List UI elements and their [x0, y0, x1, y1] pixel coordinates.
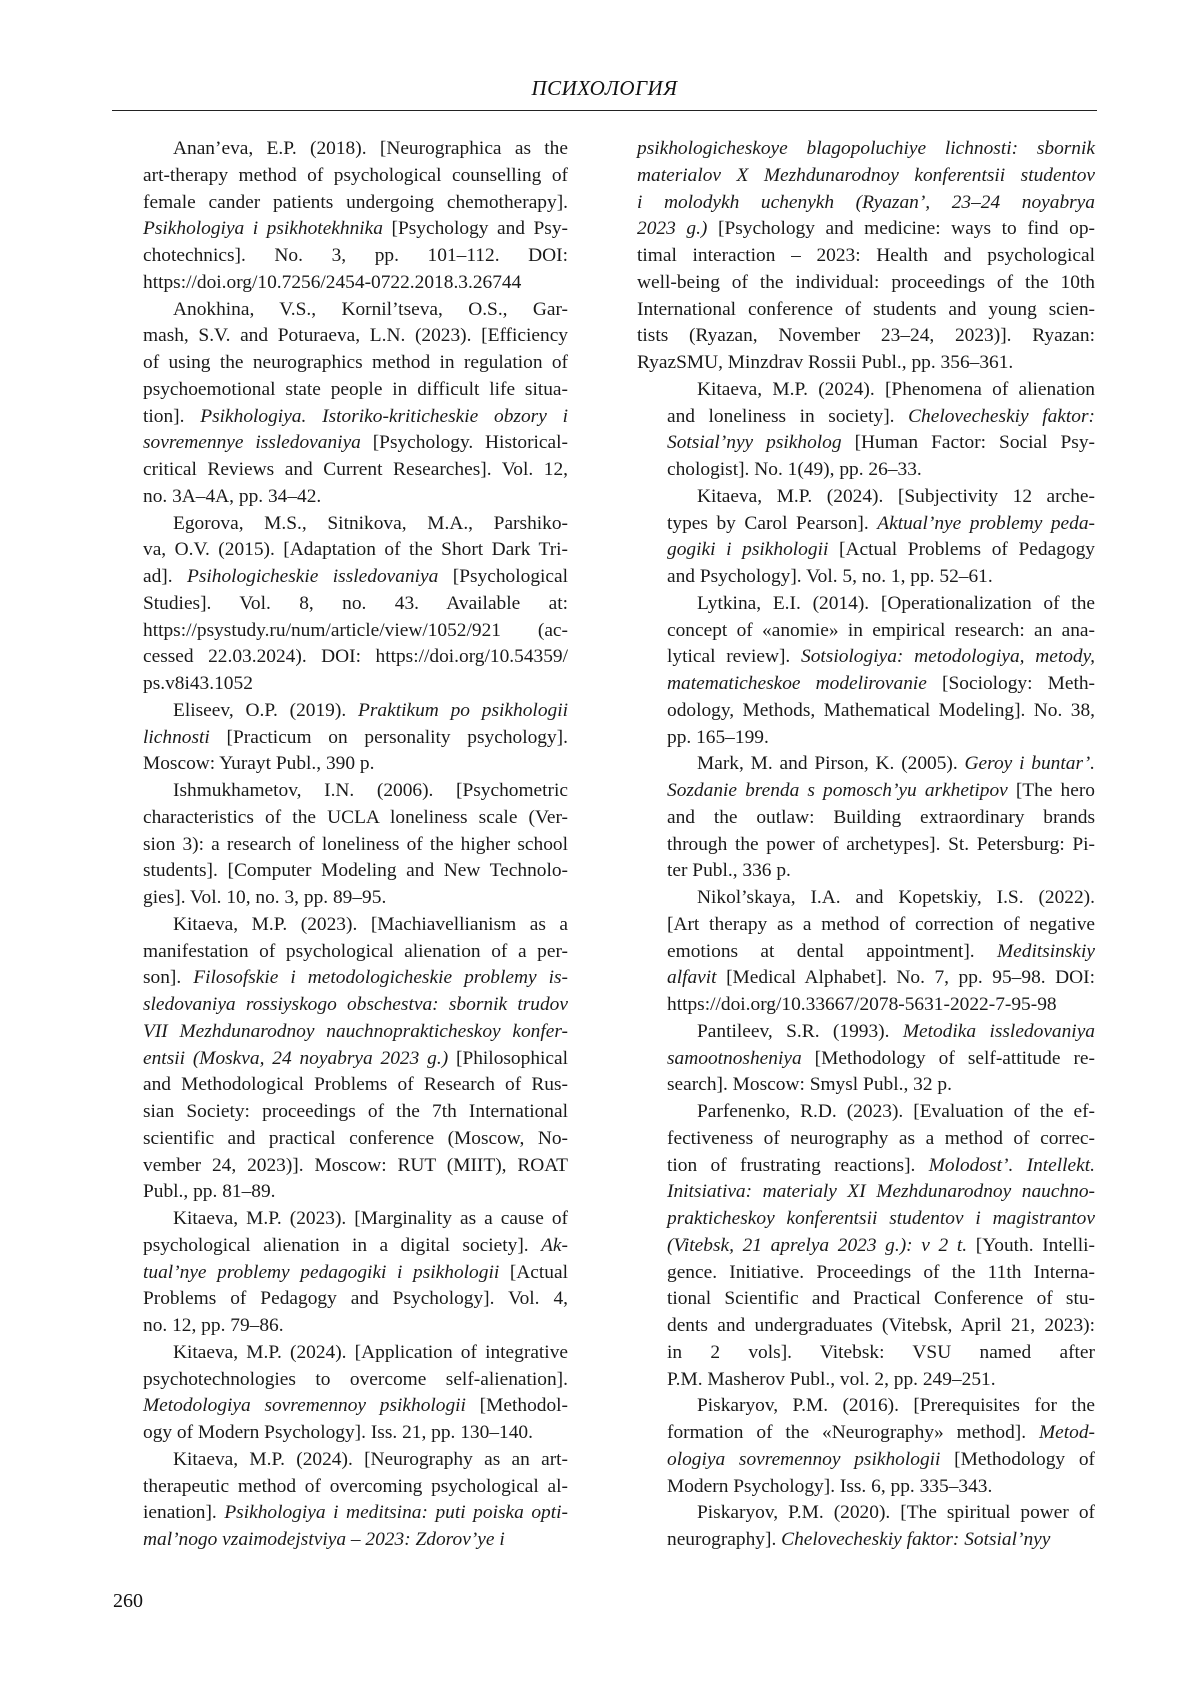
reference-text: well-being of the individual: proceeding…: [637, 272, 1095, 293]
reference-text: [Psychology. Historical-: [361, 432, 568, 453]
reference-line: Kitaeva, M.P. (2024). [Phenomena of alie…: [637, 377, 1095, 404]
reference-text: https://psystudy.ru/num/article/view/105…: [143, 620, 568, 641]
reference-line: 2023 g.) [Psychology and medicine: ways …: [637, 216, 1095, 243]
reference-text: [Youth. Intelli-: [967, 1235, 1095, 1256]
reference-line: Kitaeva, M.P. (2024). [Subjectivity 12 a…: [637, 484, 1095, 511]
reference-text: Kitaeva, M.P. (2024). [Application of in…: [173, 1342, 568, 1363]
reference-line: Modern Psychology]. Iss. 6, pp. 335–343.: [637, 1474, 1095, 1501]
reference-text: mash, S.V. and Poturaeva, L.N. (2023). […: [143, 325, 568, 346]
reference-entry: Eliseev, O.P. (2019). Praktikum po psikh…: [113, 698, 568, 778]
reference-text: odology, Methods, Mathematical Modeling]…: [667, 700, 1095, 721]
references-right-column: psikhologicheskoye blagopoluchiye lichno…: [637, 136, 1095, 1554]
reference-text: students]. [Computer Modeling and New Te…: [143, 860, 568, 881]
references-left-column: Anan’eva, E.P. (2018). [Neurographica as…: [113, 136, 568, 1554]
reference-line: therapeutic method of overcoming psychol…: [113, 1474, 568, 1501]
reference-text: scientific and practical conference (Mos…: [143, 1128, 568, 1149]
italic-title: Sotsial’nyy psikholog: [667, 432, 842, 453]
reference-text: gies]. Vol. 10, no. 3, pp. 89–95.: [143, 887, 386, 908]
reference-text: pp. 165–199.: [667, 727, 769, 748]
reference-line: critical Reviews and Current Researches]…: [113, 457, 568, 484]
reference-line: Kitaeva, M.P. (2024). [Neurography as an…: [113, 1447, 568, 1474]
reference-text: emotions at dental appointment].: [667, 941, 997, 962]
reference-line: dents and undergraduates (Vitebsk, April…: [637, 1313, 1095, 1340]
reference-line: Mark, M. and Pirson, K. (2005). Geroy i …: [637, 751, 1095, 778]
italic-title: mal’nogo vzaimodejstviya – 2023: Zdorov’…: [143, 1529, 505, 1550]
reference-line: materialov X Mezhdunarodnoy konferentsii…: [637, 163, 1095, 190]
reference-text: tion].: [143, 406, 200, 427]
reference-line: psikhologicheskoye blagopoluchiye lichno…: [637, 136, 1095, 163]
reference-line: sion 3): a research of loneliness of the…: [113, 832, 568, 859]
reference-text: ter Publ., 336 p.: [667, 860, 791, 881]
italic-title: Psikhologiya. Istoriko-kriticheskie obzo…: [200, 406, 568, 427]
reference-text: neurography].: [667, 1529, 781, 1550]
italic-title: entsii (Moskva, 24 noyabrya 2023 g.): [143, 1048, 448, 1069]
reference-text: chologist]. No. 1(49), pp. 26–33.: [667, 459, 922, 480]
reference-text: of using the neurographics method in reg…: [143, 352, 568, 373]
reference-text: sian Society: proceedings of the 7th Int…: [143, 1101, 568, 1122]
reference-line: Moscow: Yurayt Publ., 390 p.: [113, 751, 568, 778]
reference-line: matematicheskoe modelirovanie [Sociology…: [637, 671, 1095, 698]
reference-line: art-therapy method of psychological coun…: [113, 163, 568, 190]
italic-title: Filosofskie i metodologicheskie problemy…: [193, 967, 568, 988]
reference-text: P.M. Masherov Publ., vol. 2, pp. 249–251…: [667, 1369, 996, 1390]
reference-text: Piskaryov, P.M. (2016). [Prerequisites f…: [697, 1395, 1095, 1416]
header-rule: [112, 110, 1097, 111]
reference-line: in 2 vols]. Vitebsk: VSU named after: [637, 1340, 1095, 1367]
reference-text: formation of the «Neurography» method].: [667, 1422, 1039, 1443]
reference-text: and Psychology]. Vol. 5, no. 1, pp. 52–6…: [667, 566, 993, 587]
reference-line: mal’nogo vzaimodejstviya – 2023: Zdorov’…: [113, 1527, 568, 1554]
reference-line: chotechnics]. No. 3, pp. 101–112. DOI:: [113, 243, 568, 270]
reference-line: and loneliness in society]. Chelovechesk…: [637, 404, 1095, 431]
reference-text: [Art therapy as a method of correction o…: [667, 914, 1095, 935]
reference-line: Initsiativa: materialy XI Mezhdunarodnoy…: [637, 1179, 1095, 1206]
reference-line: RyazSMU, Minzdrav Rossii Publ., pp. 356–…: [637, 350, 1095, 377]
reference-text: [Practicum on personality psychology].: [210, 727, 568, 748]
italic-title: Ak-: [541, 1235, 568, 1256]
reference-line: emotions at dental appointment]. Meditsi…: [637, 939, 1095, 966]
reference-text: Problems of Pedagogy and Psychology]. Vo…: [143, 1288, 568, 1309]
reference-text: Kitaeva, M.P. (2024). [Phenomena of alie…: [697, 379, 1095, 400]
italic-title: (Vitebsk, 21 aprelya 2023 g.): v 2 t.: [667, 1235, 967, 1256]
italic-title: Molodost’. Intellekt.: [929, 1155, 1095, 1176]
italic-title: Meditsinskiy: [997, 941, 1095, 962]
reference-line: of using the neurographics method in reg…: [113, 350, 568, 377]
reference-line: i molodykh uchenykh (Ryazan’, 23–24 noya…: [637, 190, 1095, 217]
reference-text: International conference of students and…: [637, 299, 1095, 320]
reference-text: tional Scientific and Practical Conferen…: [667, 1288, 1095, 1309]
reference-line: tists (Ryazan, November 23–24, 2023)]. R…: [637, 323, 1095, 350]
reference-text: [The hero: [1008, 780, 1095, 801]
reference-line: gies]. Vol. 10, no. 3, pp. 89–95.: [113, 885, 568, 912]
reference-text: and Methodological Problems of Research …: [143, 1074, 568, 1095]
reference-text: Egorova, M.S., Sitnikova, M.A., Parshiko…: [173, 513, 568, 534]
reference-text: Studies]. Vol. 8, no. 43. Available at:: [143, 593, 568, 614]
reference-entry: Kitaeva, M.P. (2024). [Application of in…: [113, 1340, 568, 1447]
reference-entry: Nikol’skaya, I.A. and Kopetskiy, I.S. (2…: [637, 885, 1095, 1019]
reference-text: cessed 22.03.2024). DOI: https://doi.org…: [143, 646, 568, 667]
reference-line: Metodologiya sovremennoy psikhologii [Me…: [113, 1393, 568, 1420]
reference-line: ps.v8i43.1052: [113, 671, 568, 698]
reference-text: son].: [143, 967, 193, 988]
reference-text: Parfenenko, R.D. (2023). [Evaluation of …: [697, 1101, 1095, 1122]
reference-line: female cander patients undergoing chemot…: [113, 190, 568, 217]
reference-entry: Anan’eva, E.P. (2018). [Neurographica as…: [113, 136, 568, 297]
reference-line: Kitaeva, M.P. (2024). [Application of in…: [113, 1340, 568, 1367]
reference-line: Anan’eva, E.P. (2018). [Neurographica as…: [113, 136, 568, 163]
reference-line: search]. Moscow: Smysl Publ., 32 p.: [637, 1072, 1095, 1099]
reference-line: psychotechnologies to overcome self-alie…: [113, 1367, 568, 1394]
reference-entry: Kitaeva, M.P. (2024). [Subjectivity 12 a…: [637, 484, 1095, 591]
reference-line: Psikhologiya i psikhotekhnika [Psycholog…: [113, 216, 568, 243]
reference-line: Nikol’skaya, I.A. and Kopetskiy, I.S. (2…: [637, 885, 1095, 912]
reference-text: fectiveness of neurography as a method o…: [667, 1128, 1095, 1149]
reference-line: and Methodological Problems of Research …: [113, 1072, 568, 1099]
reference-line: Publ., pp. 81–89.: [113, 1179, 568, 1206]
reference-line: https://psystudy.ru/num/article/view/105…: [113, 618, 568, 645]
italic-title: Geroy i buntar’.: [965, 753, 1095, 774]
reference-text: Kitaeva, M.P. (2023). [Machiavellianism …: [173, 914, 568, 935]
reference-text: Lytkina, E.I. (2014). [Operationalizatio…: [697, 593, 1095, 614]
reference-line: cessed 22.03.2024). DOI: https://doi.org…: [113, 644, 568, 671]
reference-line: tional Scientific and Practical Conferen…: [637, 1286, 1095, 1313]
reference-line: Pantileev, S.R. (1993). Metodika issledo…: [637, 1019, 1095, 1046]
reference-text: [Methodology of: [940, 1449, 1095, 1470]
italic-title: sovremennye issledovaniya: [143, 432, 361, 453]
reference-line: manifestation of psychological alienatio…: [113, 939, 568, 966]
reference-text: [Medical Alphabet]. No. 7, pp. 95–98. DO…: [717, 967, 1095, 988]
page-number: 260: [113, 1590, 143, 1613]
reference-line: no. 3A–4A, pp. 34–42.: [113, 484, 568, 511]
reference-text: [Philosophical: [448, 1048, 568, 1069]
italic-title: Metodologiya sovremennoy psikhologii: [143, 1395, 466, 1416]
italic-title: Chelovecheskiy faktor: Sotsial’nyy: [781, 1529, 1050, 1550]
reference-text: Moscow: Yurayt Publ., 390 p.: [143, 753, 374, 774]
reference-line: [Art therapy as a method of correction o…: [637, 912, 1095, 939]
italic-title: matematicheskoe modelirovanie: [667, 673, 927, 694]
reference-text: [Psychological: [438, 566, 568, 587]
reference-text: RyazSMU, Minzdrav Rossii Publ., pp. 356–…: [637, 352, 1013, 373]
reference-text: Piskaryov, P.M. (2020). [The spiritual p…: [697, 1502, 1095, 1523]
reference-line: fectiveness of neurography as a method o…: [637, 1126, 1095, 1153]
reference-text: ps.v8i43.1052: [143, 673, 253, 694]
reference-entry: Mark, M. and Pirson, K. (2005). Geroy i …: [637, 751, 1095, 885]
reference-text: and loneliness in society].: [667, 406, 908, 427]
reference-line: formation of the «Neurography» method]. …: [637, 1420, 1095, 1447]
reference-text: and the outlaw: Building extraordinary b…: [667, 807, 1095, 828]
reference-line: neurography]. Chelovecheskiy faktor: Sot…: [637, 1527, 1095, 1554]
reference-text: manifestation of psychological alienatio…: [143, 941, 568, 962]
reference-text: ienation].: [143, 1502, 224, 1523]
reference-text: va, O.V. (2015). [Adaptation of the Shor…: [143, 539, 568, 560]
italic-title: Sozdanie brenda s pomosch’yu arkhetipov: [667, 780, 1008, 801]
italic-title: samootnosheniya: [667, 1048, 802, 1069]
reference-text: Ishmukhametov, I.N. (2006). [Psychometri…: [173, 780, 568, 801]
reference-entry: Kitaeva, M.P. (2023). [Machiavellianism …: [113, 912, 568, 1206]
reference-line: well-being of the individual: proceeding…: [637, 270, 1095, 297]
reference-text: female cander patients undergoing chemot…: [143, 192, 568, 213]
reference-entry: Kitaeva, M.P. (2024). [Neurography as an…: [113, 1447, 568, 1554]
reference-line: https://doi.org/10.7256/2454-0722.2018.3…: [113, 270, 568, 297]
reference-line: ologiya sovremennoy psikhologii [Methodo…: [637, 1447, 1095, 1474]
reference-text: psychoemotional state people in difficul…: [143, 379, 568, 400]
reference-text: timal interaction – 2023: Health and psy…: [637, 245, 1095, 266]
reference-text: ad].: [143, 566, 187, 587]
reference-entry: Parfenenko, R.D. (2023). [Evaluation of …: [637, 1099, 1095, 1393]
reference-line: ienation]. Psikhologiya i meditsina: put…: [113, 1500, 568, 1527]
italic-title: Aktual’nye problemy peda-: [877, 513, 1095, 534]
reference-line: Sotsial’nyy psikholog [Human Factor: Soc…: [637, 430, 1095, 457]
reference-line: samootnosheniya [Methodology of self-att…: [637, 1046, 1095, 1073]
reference-line: Lytkina, E.I. (2014). [Operationalizatio…: [637, 591, 1095, 618]
reference-text: sion 3): a research of loneliness of the…: [143, 834, 568, 855]
reference-line: sovremennye issledovaniya [Psychology. H…: [113, 430, 568, 457]
italic-title: ologiya sovremennoy psikhologii: [667, 1449, 940, 1470]
reference-line: ter Publ., 336 p.: [637, 858, 1095, 885]
reference-line: students]. [Computer Modeling and New Te…: [113, 858, 568, 885]
reference-line: characteristics of the UCLA loneliness s…: [113, 805, 568, 832]
reference-text: Pantileev, S.R. (1993).: [697, 1021, 903, 1042]
reference-line: pp. 165–199.: [637, 725, 1095, 752]
reference-text: Modern Psychology]. Iss. 6, pp. 335–343.: [667, 1476, 992, 1497]
reference-line: odology, Methods, Mathematical Modeling]…: [637, 698, 1095, 725]
reference-line: International conference of students and…: [637, 297, 1095, 324]
italic-title: gogiki i psikhologii: [667, 539, 828, 560]
reference-text: Anokhina, V.S., Kornil’tseva, O.S., Gar-: [173, 299, 568, 320]
italic-title: alfavit: [667, 967, 717, 988]
reference-line: chologist]. No. 1(49), pp. 26–33.: [637, 457, 1095, 484]
reference-line: and Psychology]. Vol. 5, no. 1, pp. 52–6…: [637, 564, 1095, 591]
reference-text: therapeutic method of overcoming psychol…: [143, 1476, 568, 1497]
reference-line: Problems of Pedagogy and Psychology]. Vo…: [113, 1286, 568, 1313]
italic-title: Psikhologiya i meditsina: puti poiska op…: [224, 1502, 568, 1523]
reference-line: prakticheskoy konferentsii studentov i m…: [637, 1206, 1095, 1233]
reference-text: concept of «anomie» in empirical researc…: [667, 620, 1095, 641]
reference-text: Kitaeva, M.P. (2024). [Subjectivity 12 a…: [697, 486, 1095, 507]
italic-title: psikhologicheskoye blagopoluchiye lichno…: [637, 138, 1095, 159]
reference-line: mash, S.V. and Poturaeva, L.N. (2023). […: [113, 323, 568, 350]
reference-line: tion of frustrating reactions]. Molodost…: [637, 1153, 1095, 1180]
reference-line: P.M. Masherov Publ., vol. 2, pp. 249–251…: [637, 1367, 1095, 1394]
reference-line: vember 24, 2023)]. Moscow: RUT (MIIT), R…: [113, 1153, 568, 1180]
italic-title: Sotsiologiya: metodologiya, metody,: [801, 646, 1095, 667]
reference-line: Eliseev, O.P. (2019). Praktikum po psikh…: [113, 698, 568, 725]
reference-text: Nikol’skaya, I.A. and Kopetskiy, I.S. (2…: [697, 887, 1095, 908]
reference-entry: Kitaeva, M.P. (2023). [Marginality as a …: [113, 1206, 568, 1340]
italic-title: Psikhologiya i psikhotekhnika: [143, 218, 383, 239]
italic-title: Psihologicheskie issledovaniya: [187, 566, 438, 587]
reference-entry: Piskaryov, P.M. (2020). [The spiritual p…: [637, 1500, 1095, 1554]
reference-text: [Actual: [499, 1262, 568, 1283]
reference-text: Publ., pp. 81–89.: [143, 1181, 276, 1202]
reference-line: tual’nye problemy pedagogiki i psikholog…: [113, 1260, 568, 1287]
reference-text: psychological alienation in a digital so…: [143, 1235, 541, 1256]
italic-title: sledovaniya rossiyskogo obschestva: sbor…: [143, 994, 568, 1015]
reference-line: scientific and practical conference (Mos…: [113, 1126, 568, 1153]
reference-line: Kitaeva, M.P. (2023). [Machiavellianism …: [113, 912, 568, 939]
italic-title: Praktikum po psikhologii: [358, 700, 568, 721]
reference-entry: Kitaeva, M.P. (2024). [Phenomena of alie…: [637, 377, 1095, 484]
reference-line: Sozdanie brenda s pomosch’yu arkhetipov …: [637, 778, 1095, 805]
reference-line: psychological alienation in a digital so…: [113, 1233, 568, 1260]
reference-line: gence. Initiative. Proceedings of the 11…: [637, 1260, 1095, 1287]
italic-title: lichnosti: [143, 727, 210, 748]
reference-text: [Methodol-: [466, 1395, 568, 1416]
reference-line: Kitaeva, M.P. (2023). [Marginality as a …: [113, 1206, 568, 1233]
italic-title: materialov X Mezhdunarodnoy konferentsii…: [637, 165, 1095, 186]
reference-line: va, O.V. (2015). [Adaptation of the Shor…: [113, 537, 568, 564]
reference-text: types by Carol Pearson].: [667, 513, 877, 534]
reference-line: entsii (Moskva, 24 noyabrya 2023 g.) [Ph…: [113, 1046, 568, 1073]
italic-title: tual’nye problemy pedagogiki i psikholog…: [143, 1262, 499, 1283]
reference-text: art-therapy method of psychological coun…: [143, 165, 568, 186]
italic-title: Chelovecheskiy faktor:: [908, 406, 1095, 427]
reference-text: tists (Ryazan, November 23–24, 2023)]. R…: [637, 325, 1095, 346]
reference-line: sledovaniya rossiyskogo obschestva: sbor…: [113, 992, 568, 1019]
reference-line: and the outlaw: Building extraordinary b…: [637, 805, 1095, 832]
reference-text: ogy of Modern Psychology]. Iss. 21, pp. …: [143, 1422, 533, 1443]
reference-line: through the power of archetypes]. St. Pe…: [637, 832, 1095, 859]
reference-text: through the power of archetypes]. St. Pe…: [667, 834, 1095, 855]
reference-line: no. 12, pp. 79–86.: [113, 1313, 568, 1340]
italic-title: Initsiativa: materialy XI Mezhdunarodnoy…: [667, 1181, 1095, 1202]
reference-line: son]. Filosofskie i metodologicheskie pr…: [113, 965, 568, 992]
reference-line: types by Carol Pearson]. Aktual’nye prob…: [637, 511, 1095, 538]
reference-entry: Ishmukhametov, I.N. (2006). [Psychometri…: [113, 778, 568, 912]
reference-entry: Piskaryov, P.M. (2016). [Prerequisites f…: [637, 1393, 1095, 1500]
reference-text: Kitaeva, M.P. (2023). [Marginality as a …: [173, 1208, 568, 1229]
reference-text: tion of frustrating reactions].: [667, 1155, 929, 1176]
reference-text: in 2 vols]. Vitebsk: VSU named after: [667, 1342, 1095, 1363]
reference-line: Piskaryov, P.M. (2020). [The spiritual p…: [637, 1500, 1095, 1527]
reference-entry: Egorova, M.S., Sitnikova, M.A., Parshiko…: [113, 511, 568, 698]
reference-line: https://doi.org/10.33667/2078-5631-2022-…: [637, 992, 1095, 1019]
reference-line: lichnosti [Practicum on personality psyc…: [113, 725, 568, 752]
reference-line: concept of «anomie» in empirical researc…: [637, 618, 1095, 645]
reference-text: no. 3A–4A, pp. 34–42.: [143, 486, 321, 507]
reference-text: [Psychology and medicine: ways to find o…: [707, 218, 1095, 239]
reference-text: critical Reviews and Current Researches]…: [143, 459, 568, 480]
reference-line: Egorova, M.S., Sitnikova, M.A., Parshiko…: [113, 511, 568, 538]
reference-line: gogiki i psikhologii [Actual Problems of…: [637, 537, 1095, 564]
italic-title: 2023 g.): [637, 218, 707, 239]
reference-text: psychotechnologies to overcome self-alie…: [143, 1369, 568, 1390]
reference-text: [Psychology and Psy-: [383, 218, 568, 239]
reference-line: Parfenenko, R.D. (2023). [Evaluation of …: [637, 1099, 1095, 1126]
reference-text: lytical review].: [667, 646, 801, 667]
running-head: ПСИХОЛОГИЯ: [112, 76, 1097, 101]
reference-text: https://doi.org/10.33667/2078-5631-2022-…: [667, 994, 1057, 1015]
reference-text: [Human Factor: Social Psy-: [842, 432, 1095, 453]
reference-line: alfavit [Medical Alphabet]. No. 7, pp. 9…: [637, 965, 1095, 992]
reference-line: sian Society: proceedings of the 7th Int…: [113, 1099, 568, 1126]
reference-line: Studies]. Vol. 8, no. 43. Available at:: [113, 591, 568, 618]
reference-line: VII Mezhdunarodnoy nauchnoprakticheskoy …: [113, 1019, 568, 1046]
reference-text: search]. Moscow: Smysl Publ., 32 p.: [667, 1074, 952, 1095]
reference-text: [Methodology of self-attitude re-: [802, 1048, 1095, 1069]
reference-entry: Anokhina, V.S., Kornil’tseva, O.S., Gar-…: [113, 297, 568, 511]
reference-text: https://doi.org/10.7256/2454-0722.2018.3…: [143, 272, 521, 293]
reference-text: characteristics of the UCLA loneliness s…: [143, 807, 568, 828]
reference-text: gence. Initiative. Proceedings of the 11…: [667, 1262, 1095, 1283]
reference-entry: Lytkina, E.I. (2014). [Operationalizatio…: [637, 591, 1095, 752]
reference-text: Anan’eva, E.P. (2018). [Neurographica as…: [173, 138, 568, 159]
reference-line: timal interaction – 2023: Health and psy…: [637, 243, 1095, 270]
reference-line: Piskaryov, P.M. (2016). [Prerequisites f…: [637, 1393, 1095, 1420]
reference-line: lytical review]. Sotsiologiya: metodolog…: [637, 644, 1095, 671]
reference-line: tion]. Psikhologiya. Istoriko-kritichesk…: [113, 404, 568, 431]
reference-entry: Pantileev, S.R. (1993). Metodika issledo…: [637, 1019, 1095, 1099]
reference-line: ogy of Modern Psychology]. Iss. 21, pp. …: [113, 1420, 568, 1447]
italic-title: Metod-: [1039, 1422, 1095, 1443]
reference-entry: psikhologicheskoye blagopoluchiye lichno…: [637, 136, 1095, 377]
italic-title: Metodika issledovaniya: [903, 1021, 1095, 1042]
reference-text: [Actual Problems of Pedagogy: [828, 539, 1095, 560]
reference-line: Ishmukhametov, I.N. (2006). [Psychometri…: [113, 778, 568, 805]
italic-title: VII Mezhdunarodnoy nauchnoprakticheskoy …: [143, 1021, 568, 1042]
reference-line: psychoemotional state people in difficul…: [113, 377, 568, 404]
reference-text: [Sociology: Meth-: [927, 673, 1095, 694]
reference-text: Mark, M. and Pirson, K. (2005).: [697, 753, 965, 774]
reference-text: no. 12, pp. 79–86.: [143, 1315, 284, 1336]
reference-text: chotechnics]. No. 3, pp. 101–112. DOI:: [143, 245, 568, 266]
reference-text: vember 24, 2023)]. Moscow: RUT (MIIT), R…: [143, 1155, 568, 1176]
italic-title: prakticheskoy konferentsii studentov i m…: [667, 1208, 1095, 1229]
reference-line: ad]. Psihologicheskie issledovaniya [Psy…: [113, 564, 568, 591]
reference-text: dents and undergraduates (Vitebsk, April…: [667, 1315, 1095, 1336]
reference-text: Eliseev, O.P. (2019).: [173, 700, 358, 721]
reference-line: Anokhina, V.S., Kornil’tseva, O.S., Gar-: [113, 297, 568, 324]
reference-line: (Vitebsk, 21 aprelya 2023 g.): v 2 t. [Y…: [637, 1233, 1095, 1260]
reference-text: Kitaeva, M.P. (2024). [Neurography as an…: [173, 1449, 568, 1470]
italic-title: i molodykh uchenykh (Ryazan’, 23–24 noya…: [637, 192, 1095, 213]
